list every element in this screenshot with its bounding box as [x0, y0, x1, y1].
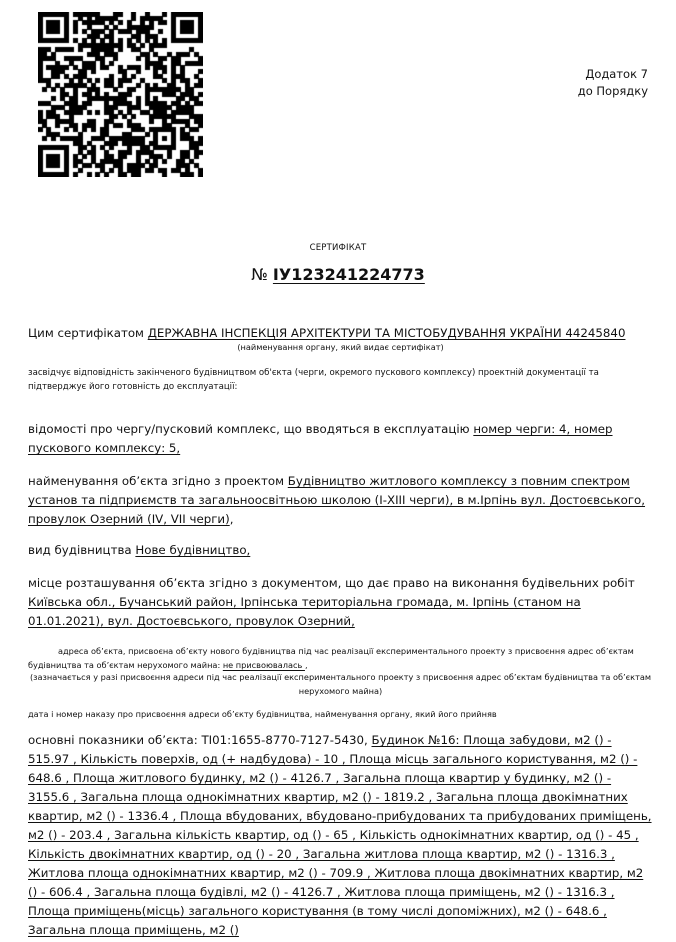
number-value: ІУ123241224773	[273, 265, 425, 284]
object-name: найменування об’єкта згідно з проектом Б…	[28, 472, 653, 529]
annex-label: Додаток 7 до Порядку	[578, 66, 648, 100]
construction-type-value: Нове будівництво,	[135, 543, 250, 557]
qr-code-icon	[38, 12, 203, 177]
address-info: адреса об’єкта, присвоєна об’єкту нового…	[28, 644, 653, 672]
construction-type-lead: вид будівництва	[28, 543, 135, 557]
address-tail: ,	[305, 660, 308, 670]
number-prefix: №	[251, 265, 273, 284]
indicators: основні показники об’єкта: ТІ01:1655-877…	[28, 731, 653, 940]
object-name-tail: ,	[230, 512, 234, 526]
issuer-caption: (найменування органу, який видає сертифі…	[28, 340, 653, 354]
location-value: Київська обл., Бучанський район, Ірпінсь…	[28, 595, 581, 628]
annex-line-1: Додаток 7	[578, 66, 648, 83]
issuer-lead: Цим сертифікатом	[28, 326, 148, 340]
certifies-text: засвідчує відповідність закінченого буді…	[28, 366, 653, 394]
address-value: не присвоювалась	[223, 660, 305, 670]
construction-type: вид будівництва Нове будівництво,	[28, 541, 653, 560]
address-lead: адреса об’єкта, присвоєна об’єкту нового…	[28, 646, 634, 670]
certificate-number: № ІУ123241224773	[0, 265, 676, 284]
address-caption: (зазначається у разі присвоєння адреси п…	[28, 670, 653, 698]
object-name-lead: найменування об’єкта згідно з проектом	[28, 474, 288, 488]
certificate-title: СЕРТИФІКАТ	[0, 243, 676, 253]
order-info: дата і номер наказу про присвоєння адрес…	[28, 707, 653, 721]
indicators-lead: основні показники об’єкта: ТІ01:1655-877…	[28, 733, 372, 747]
location: місце розташування об’єкта згідно з доку…	[28, 574, 653, 631]
queue-lead: відомості про чергу/пусковий комплекс, щ…	[28, 422, 473, 436]
location-lead: місце розташування об’єкта згідно з доку…	[28, 576, 635, 590]
indicators-value: Будинок №16: Площа забудови, м2 () - 515…	[28, 733, 652, 937]
issuer-name: ДЕРЖАВНА ІНСПЕКЦІЯ АРХІТЕКТУРИ ТА МІСТОБ…	[148, 326, 626, 340]
queue-info: відомості про чергу/пусковий комплекс, щ…	[28, 420, 653, 458]
annex-line-2: до Порядку	[578, 83, 648, 100]
